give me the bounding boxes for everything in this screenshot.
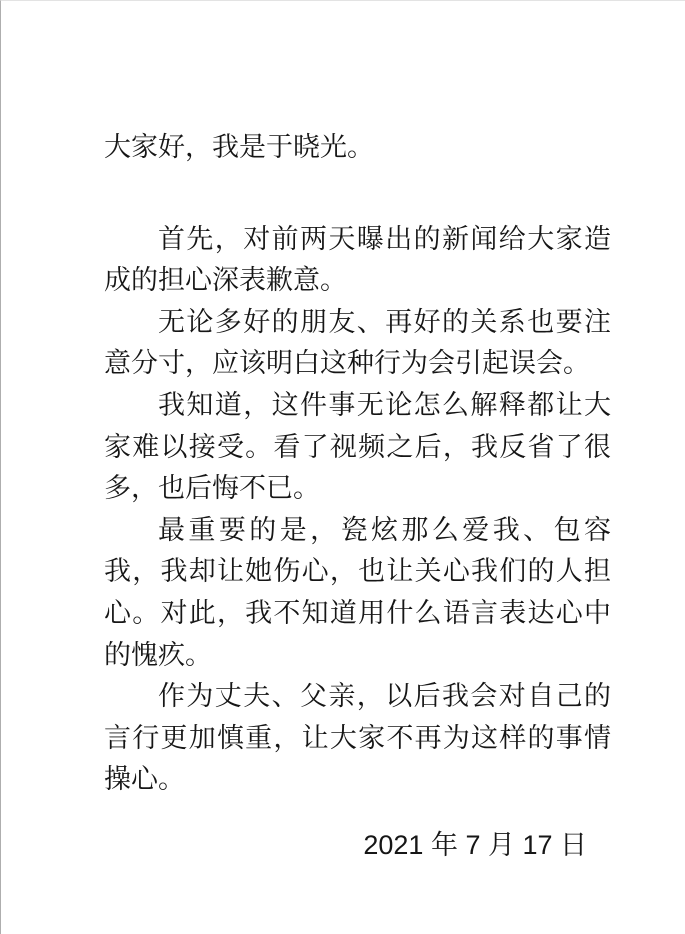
letter-body: 大家好，我是于晓光。 首先，对前两天曝出的新闻给大家造成的担心深表歉意。 无论多… (104, 127, 611, 867)
letter-paragraph: 最重要的是，瓷炫那么爱我、包容我，我却让她伤心，也让关心我们的人担心。对此，我不… (104, 510, 611, 676)
letter-paragraph: 首先，对前两天曝出的新闻给大家造成的担心深表歉意。 (104, 219, 611, 302)
letter-page: 大家好，我是于晓光。 首先，对前两天曝出的新闻给大家造成的担心深表歉意。 无论多… (0, 0, 685, 934)
letter-paragraph: 我知道，这件事无论怎么解释都让大家难以接受。看了视频之后，我反省了很多，也后悔不… (104, 385, 611, 510)
greeting-line: 大家好，我是于晓光。 (104, 127, 611, 169)
letter-paragraph: 无论多好的朋友、再好的关系也要注意分寸，应该明白这种行为会引起误会。 (104, 302, 611, 385)
letter-paragraph: 作为丈夫、父亲，以后我会对自己的言行更加慎重，让大家不再为这样的事情操心。 (104, 676, 611, 801)
date-line: 2021 年 7 月 17 日 (104, 825, 611, 867)
